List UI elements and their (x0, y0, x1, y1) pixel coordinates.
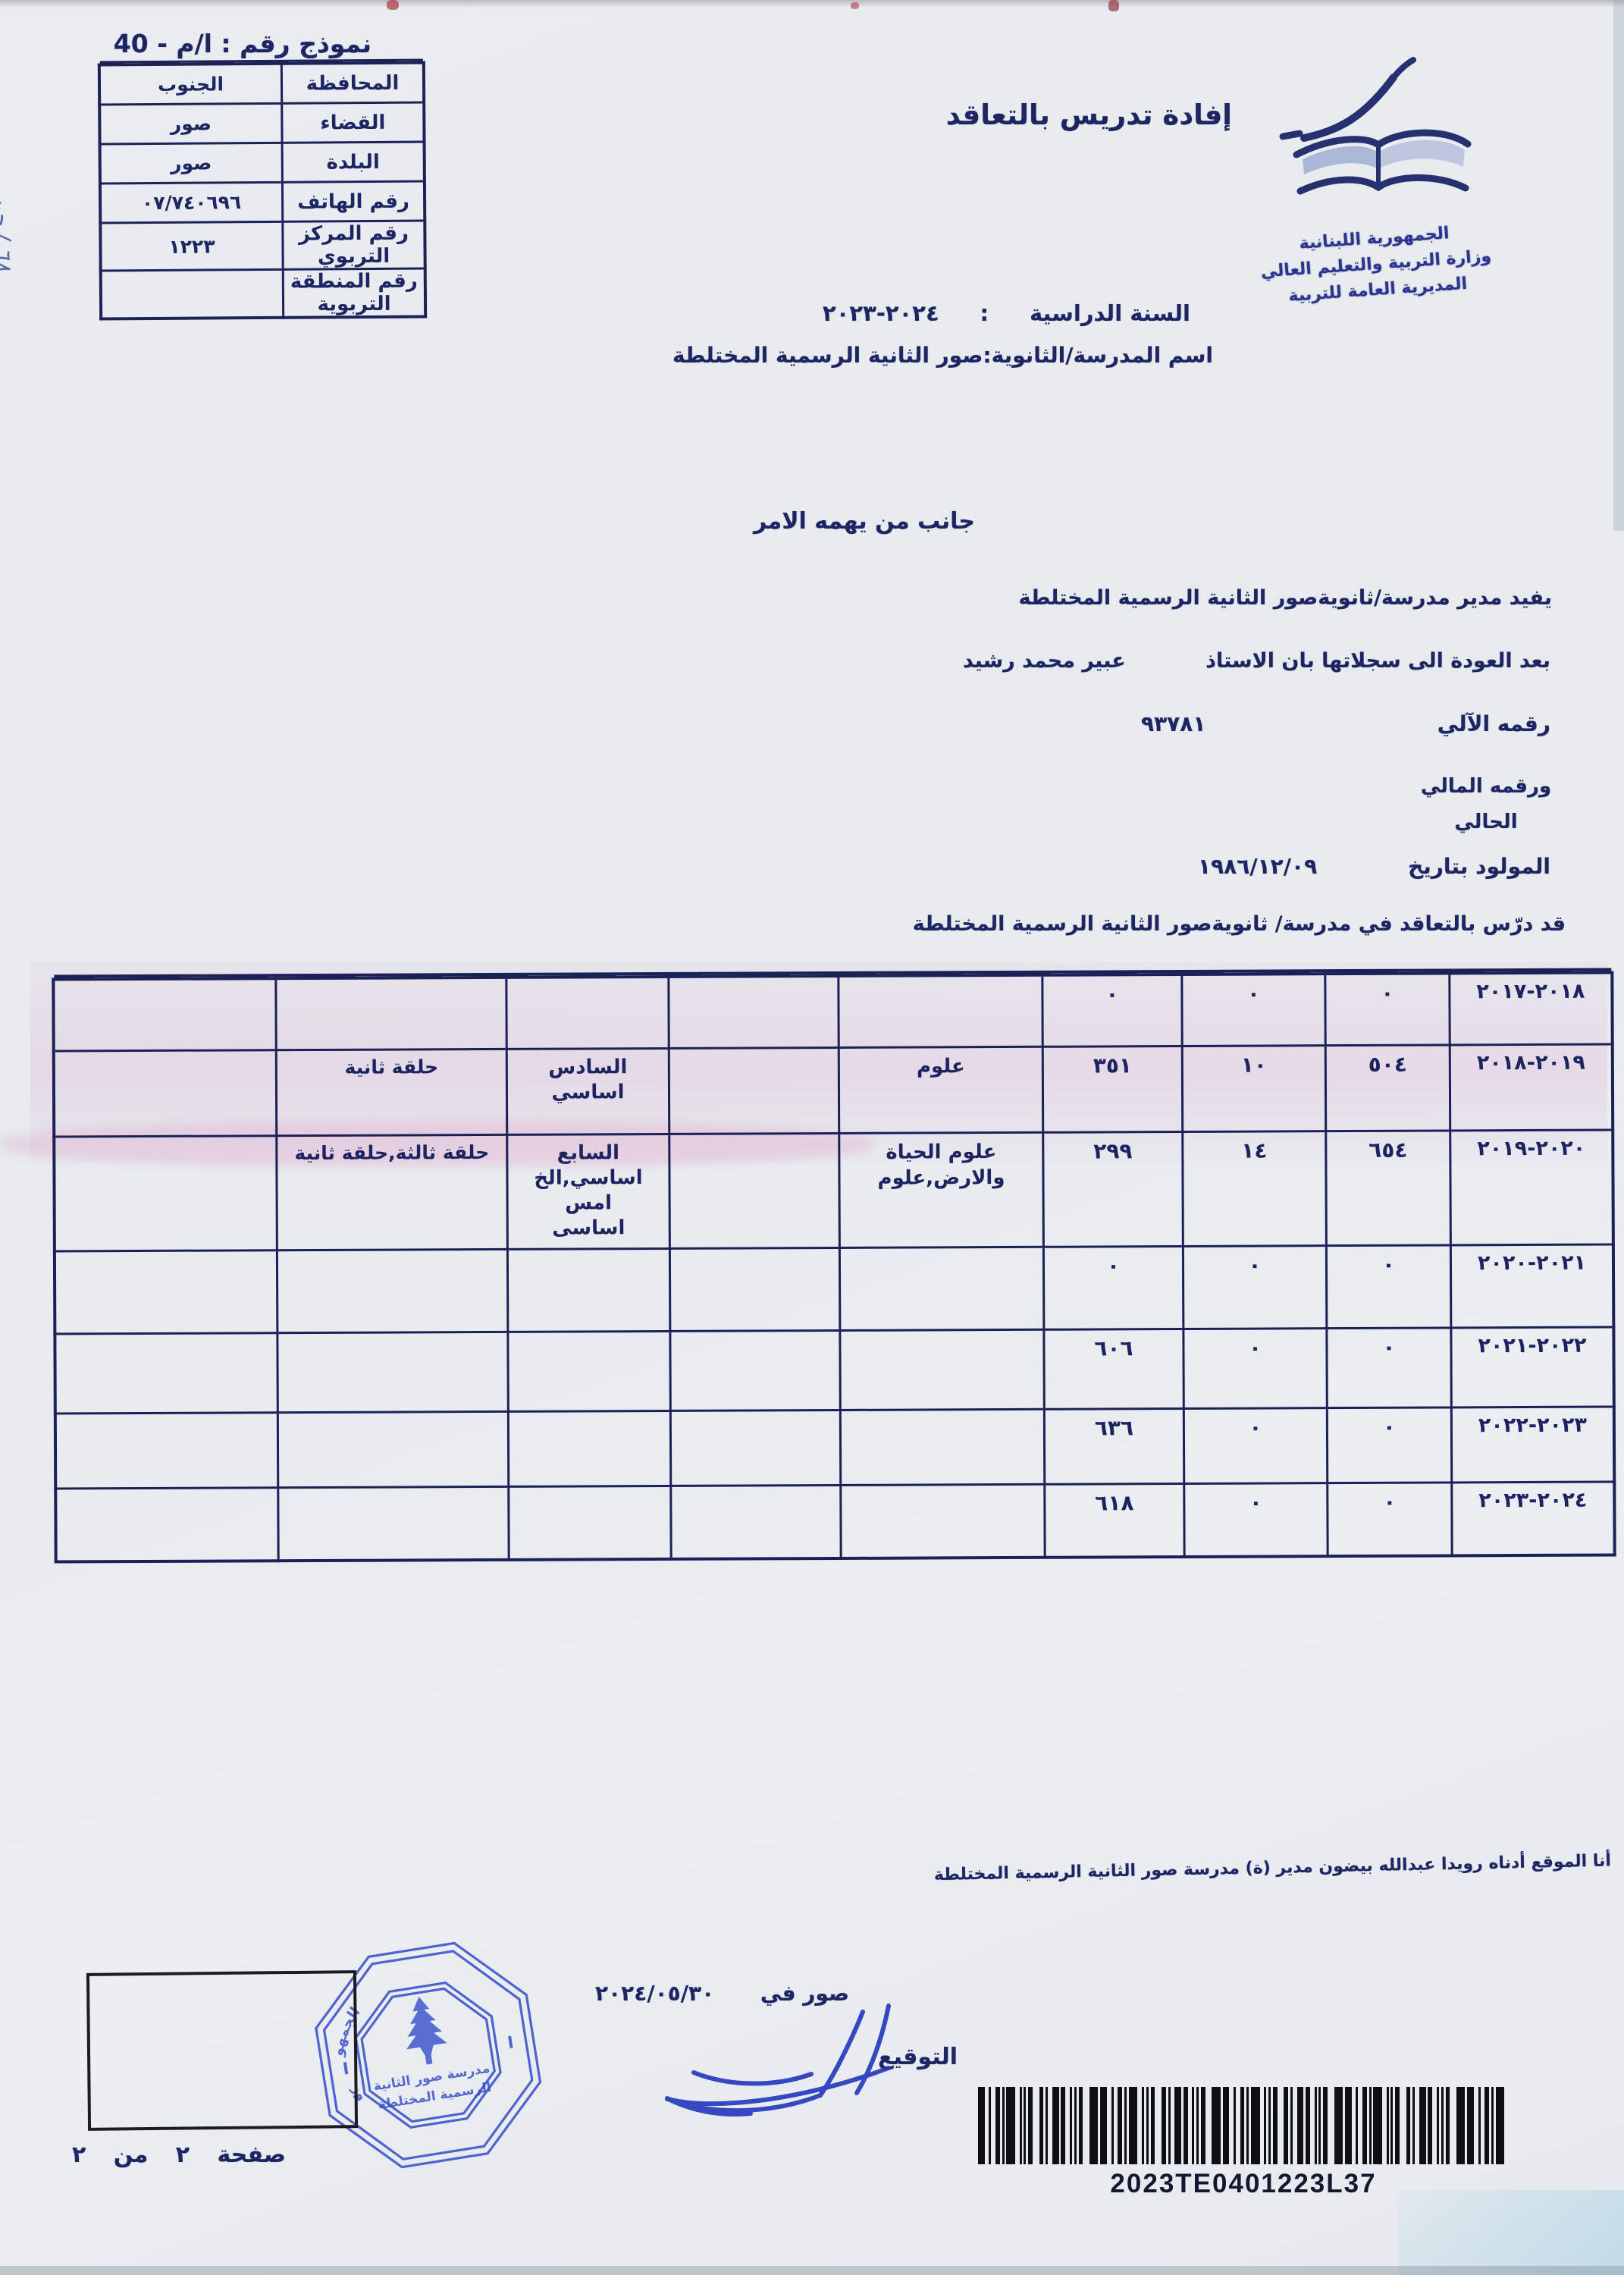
barcode-bar (1006, 2087, 1014, 2164)
teaching-cell-subject (839, 975, 1042, 1048)
barcode-bar (1162, 2087, 1166, 2164)
teaching-cell-subject: علوم (839, 1046, 1042, 1133)
barcode-bar (1124, 2087, 1127, 2164)
info-value: ١٢٢٣ (100, 221, 283, 271)
teaching-cell-cycle: حلقة ثالثة,حلقة ثانية (277, 1134, 508, 1250)
scanned-document-page: نموذج رقم : ا/م - 40 المحافظةالجنوبالقضا… (0, 0, 1624, 2275)
school-year-line: السنة الدراسية : ٢٠٢٤-٢٠٢٣ (823, 300, 1190, 326)
teaching-cell-col_b: ٠ (1183, 1246, 1326, 1329)
barcode-bar (1491, 2087, 1494, 2164)
school-name-label: اسم المدرسة/الثانوية (992, 343, 1213, 368)
school-year-label: السنة الدراسية (1030, 300, 1190, 326)
teaching-cell-year: ٢٠٢٠-٢٠١٩ (1450, 1130, 1613, 1245)
barcode-bar (1240, 2087, 1245, 2164)
financial-number-label-2: الحالي (1418, 805, 1554, 840)
barcode-bar (1268, 2087, 1271, 2164)
barcode-bar (1129, 2087, 1137, 2164)
teaching-cell-col_b: ٠ (1184, 1483, 1328, 1557)
barcode-bar (1428, 2087, 1432, 2164)
barcode-bar (1284, 2087, 1288, 2164)
taught-line: قد درّس بالتعاقد في مدرسة/ ثانوية صور ال… (1012, 912, 1566, 936)
barcode-bar (1196, 2087, 1199, 2164)
teaching-cell-col_c: ٦٠٦ (1044, 1329, 1184, 1409)
to-whom-line: جانب من يهمه الامر (728, 508, 1001, 535)
teaching-cell-left (53, 978, 276, 1051)
teaching-table-row: ٢٠٢٣-٢٠٢٢٠٠٦٣٦ (55, 1407, 1614, 1489)
teacher-name: عبير محمد رشيد (963, 649, 1126, 673)
barcode-bar (1223, 2087, 1230, 2164)
barcode-bar (1146, 2087, 1149, 2164)
teaching-cell-year: ٢٠٢٢-٢٠٢١ (1451, 1327, 1614, 1407)
info-label: البلدة (282, 142, 425, 182)
teaching-cell-year: ٢٠٢١-٢٠٢٠ (1450, 1244, 1613, 1328)
birth-date-line: المولود بتاريخ ١٩٨٦/١٢/٠٩ (1198, 854, 1550, 879)
school-name-value: صور الثانية الرسمية المختلطة (672, 343, 983, 368)
barcode-bar (1212, 2087, 1220, 2164)
teaching-cell-col_c: ٠ (1042, 974, 1182, 1046)
teaching-cell-col_c: ٢٩٩ (1043, 1131, 1184, 1247)
ministry-logo (1274, 45, 1486, 227)
teaching-cell-col_a: ٥٠٤ (1325, 1045, 1450, 1131)
barcode-bar (995, 2087, 1000, 2164)
barcode-bar (1273, 2087, 1278, 2164)
barcode-bar (1323, 2087, 1328, 2164)
barcode-bar (1318, 2087, 1321, 2164)
teaching-cell-grade: السادس اساسي (506, 1048, 669, 1134)
teaching-cell-grade (506, 977, 669, 1049)
birth-date-value: ١٩٨٦/١٢/٠٩ (1198, 854, 1317, 879)
form-number: نموذج رقم : ا/م - 40 (121, 29, 372, 58)
teaching-cell-mid (671, 1485, 841, 1558)
teaching-cell-left (54, 1136, 277, 1251)
barcode-bar (1362, 2087, 1367, 2164)
info-table: المحافظةالجنوبالقضاءصورالبلدةصوررقم الها… (98, 61, 427, 320)
teaching-cell-cycle: حلقة ثانية (276, 1049, 506, 1135)
barcode-bar (1446, 2087, 1450, 2164)
teaching-cell-col_a: ٠ (1328, 1483, 1452, 1556)
barcode-bar (1264, 2087, 1266, 2164)
info-value: صور (99, 103, 282, 144)
open-book-logo-icon (1274, 45, 1486, 224)
teaching-cell-grade (508, 1410, 670, 1486)
teaching-cell-col_b: ١٠ (1182, 1046, 1325, 1132)
barcode-bar (1111, 2087, 1114, 2164)
barcode-bar (1070, 2087, 1072, 2164)
teaching-table-row: ٢٠١٩-٢٠١٨٥٠٤١٠٣٥١علومالسادس اساسيحلقة ثا… (54, 1044, 1613, 1137)
barcode-bar (1290, 2087, 1293, 2164)
barcode-bar (1456, 2087, 1465, 2164)
teaching-cell-col_c: ٠ (1043, 1246, 1183, 1329)
teaching-cell-col_a: ٠ (1327, 1328, 1451, 1408)
teaching-cell-mid (669, 1133, 840, 1248)
info-label: رقم الهاتف (282, 181, 425, 221)
teaching-history-table: ٢٠١٨-٢٠١٧٠٠٠٢٠١٩-٢٠١٨٥٠٤١٠٣٥١علومالسادس … (52, 971, 1616, 1564)
teaching-cell-col_a: ٠ (1327, 1407, 1451, 1483)
teaching-cell-mid (669, 1247, 839, 1331)
teaching-cell-col_b: ٠ (1182, 974, 1325, 1046)
scan-artifact (1108, 0, 1119, 11)
signature-icon (622, 1983, 940, 2135)
barcode-bar (1478, 2087, 1481, 2164)
info-label: القضاء (282, 102, 425, 143)
barcode-bar (1192, 2087, 1194, 2164)
records-line: بعد العودة الى سجلاتها بان الاستاذ عبير … (963, 649, 1550, 673)
teaching-table-row: ٢٠١٨-٢٠١٧٠٠٠ (53, 973, 1612, 1051)
teaching-cell-mid (669, 1047, 839, 1134)
barcode-bar (1100, 2087, 1107, 2164)
barcode (978, 2087, 1509, 2164)
scan-artifact (387, 0, 399, 10)
info-value (101, 269, 284, 318)
barcode-bar (1441, 2087, 1444, 2164)
info-table-row: رقم المركز التربوي١٢٢٣ (100, 221, 425, 271)
barcode-bar (1390, 2087, 1393, 2164)
teaching-cell-mid (670, 1330, 840, 1410)
teaching-cell-year: ٢٠١٨-٢٠١٧ (1450, 973, 1613, 1045)
teaching-cell-cycle (276, 977, 506, 1050)
barcode-bar (1387, 2087, 1389, 2164)
barcode-bar (1046, 2087, 1048, 2164)
teaching-cell-col_b: ١٤ (1183, 1131, 1327, 1247)
teaching-cell-year: ٢٠٢٤-٢٠٢٣ (1452, 1482, 1615, 1555)
teaching-cell-cycle (278, 1486, 509, 1561)
info-value: ٠٧/٧٤٠٦٩٦ (100, 182, 283, 223)
barcode-bar (1369, 2087, 1372, 2164)
barcode-bar (1020, 2087, 1022, 2164)
info-table-row: القضاءصور (99, 102, 424, 144)
info-table-row: رقم المنطقة التربوية (101, 268, 425, 318)
scan-artifact (0, 0, 1624, 8)
barcode-bar (989, 2087, 991, 2164)
teaching-cell-left (55, 1333, 277, 1414)
teaching-cell-col_b: ٠ (1184, 1408, 1327, 1484)
info-label: رقم المنطقة التربوية (283, 268, 425, 318)
declaration-line: أنا الموقع أدناه رويدا عبدالله بيضون مدي… (997, 1852, 1611, 1884)
teaching-cell-left (55, 1413, 278, 1489)
records-label: بعد العودة الى سجلاتها بان الاستاذ (1205, 649, 1550, 673)
page-number: صفحة ٢ من ٢ (72, 2142, 286, 2168)
barcode-bar (1251, 2087, 1259, 2164)
school-name-line: اسم المدرسة/الثانوية : صور الثانية الرسم… (804, 343, 1213, 368)
barcode-bar (1052, 2087, 1059, 2164)
barcode-bar (978, 2087, 985, 2164)
barcode-bar (1024, 2087, 1026, 2164)
barcode-bar (1028, 2087, 1033, 2164)
director-line: يفيد مدير مدرسة/ثانوية صور الثانية الرسم… (1103, 586, 1552, 610)
director-signature (622, 1983, 940, 2138)
teaching-cell-col_a: ٠ (1325, 973, 1450, 1045)
teaching-cell-subject: علوم الحياة والارض,علوم (839, 1132, 1044, 1247)
financial-number-label-1: ورقمه المالي (1418, 769, 1554, 805)
barcode-bar (1142, 2087, 1144, 2164)
scan-artifact (1613, 0, 1624, 531)
teaching-table-row: ٢٠٢٢-٢٠٢١٠٠٦٠٦ (55, 1327, 1613, 1414)
school-year-value: ٢٠٢٤-٢٠٢٣ (823, 300, 939, 326)
barcode-bar (1089, 2087, 1098, 2164)
teaching-table-row: ٢٠٢١-٢٠٢٠٠٠٠ (55, 1244, 1613, 1334)
barcode-bar (1184, 2087, 1188, 2164)
empty-stamp-box (86, 1970, 358, 2131)
teaching-cell-grade (508, 1331, 670, 1411)
director-label: يفيد مدير مدرسة/ثانوية (1318, 586, 1552, 610)
barcode-bar (1484, 2087, 1489, 2164)
teaching-cell-subject (840, 1409, 1044, 1485)
barcode-bar (1079, 2087, 1083, 2164)
colon: : (983, 343, 991, 368)
barcode-bar (1467, 2087, 1474, 2164)
info-value: الجنوب (99, 64, 282, 105)
barcode-bar (1395, 2087, 1400, 2164)
teaching-cell-year: ٢٠١٩-٢٠١٨ (1450, 1044, 1613, 1131)
barcode-bar (1406, 2087, 1411, 2164)
barcode-bar (1002, 2087, 1005, 2164)
ministry-text-block: الجمهورية اللبنانية وزارة التربية والتعل… (1245, 217, 1507, 312)
info-table-row: رقم الهاتف٠٧/٧٤٠٦٩٦ (100, 181, 425, 223)
teaching-cell-col_b: ٠ (1184, 1329, 1327, 1409)
barcode-bar (1039, 2087, 1044, 2164)
info-table-row: البلدةصور (100, 142, 425, 184)
barcode-bar (1234, 2087, 1236, 2164)
barcode-bar (1297, 2087, 1304, 2164)
auto-number-value: ٩٣٧٨١ (1141, 711, 1205, 736)
teaching-cell-grade (507, 1248, 669, 1332)
barcode-bar (1151, 2087, 1155, 2164)
barcode-bar (1496, 2087, 1504, 2164)
handwritten-margin-note: ٦٨ / جن (0, 193, 17, 272)
barcode-bar (1419, 2087, 1426, 2164)
taught-label: قد درّس بالتعاقد في مدرسة/ ثانوية (1212, 912, 1566, 936)
teaching-cell-year: ٢٠٢٣-٢٠٢٢ (1451, 1407, 1614, 1483)
barcode-bar (1334, 2087, 1343, 2164)
info-table-body: المحافظةالجنوبالقضاءصورالبلدةصوررقم الها… (99, 63, 425, 319)
teaching-cell-mid (670, 1410, 840, 1486)
info-table-row: المحافظةالجنوب (99, 63, 424, 105)
teaching-table-row: ٢٠٢٠-٢٠١٩٦٥٤١٤٢٩٩علوم الحياة والارض,علوم… (54, 1130, 1613, 1251)
cedar-tree-icon (399, 1994, 450, 2067)
barcode-bar (1345, 2087, 1352, 2164)
teaching-cell-mid (669, 976, 839, 1048)
colon: : (980, 300, 989, 326)
barcode-bar (1437, 2087, 1439, 2164)
scan-artifact (1399, 2190, 1624, 2275)
barcode-bar (1118, 2087, 1122, 2164)
teaching-cell-left (55, 1250, 277, 1334)
barcode-bar (1074, 2087, 1077, 2164)
financial-number-line: ورقمه المالي الحالي (1418, 769, 1554, 840)
auto-number-label: رقمه الآلي (1437, 711, 1550, 736)
teaching-cell-cycle (277, 1249, 507, 1332)
teaching-cell-grade: السابع اساسي,الخ امس اساسى (507, 1134, 670, 1249)
teaching-cell-cycle (277, 1411, 508, 1487)
teaching-cell-col_c: ٦١٨ (1045, 1483, 1184, 1557)
barcode-bar (1306, 2087, 1310, 2164)
teaching-table-row: ٢٠٢٤-٢٠٢٣٠٠٦١٨ (55, 1482, 1614, 1561)
document-title: إفادة تدريس بالتعاقد (982, 99, 1232, 131)
barcode-bar (1061, 2087, 1065, 2164)
director-school-value: صور الثانية الرسمية المختلطة (1019, 586, 1318, 610)
barcode-bar (1201, 2087, 1205, 2164)
teaching-cell-col_c: ٦٣٦ (1044, 1408, 1184, 1484)
barcode-bar (1168, 2087, 1171, 2164)
barcode-bar (1412, 2087, 1415, 2164)
barcode-text: 2023TE0401223L37 (978, 2169, 1509, 2199)
scan-artifact (0, 2266, 1624, 2275)
scan-artifact (851, 2, 859, 9)
teaching-cell-col_a: ٠ (1326, 1245, 1450, 1329)
teaching-cell-left (54, 1050, 277, 1137)
barcode-bar (1174, 2087, 1181, 2164)
teaching-cell-cycle (277, 1332, 508, 1412)
info-value: صور (100, 143, 283, 184)
auto-number-line: رقمه الآلي ٩٣٧٨١ (1141, 711, 1550, 736)
teaching-cell-left (55, 1488, 278, 1562)
teaching-cell-col_c: ٣٥١ (1042, 1046, 1182, 1132)
barcode-bar (1373, 2087, 1381, 2164)
taught-school-value: صور الثانية الرسمية المختلطة (913, 912, 1212, 936)
teaching-cell-subject (841, 1484, 1045, 1558)
teaching-table-body: ٢٠١٨-٢٠١٧٠٠٠٢٠١٩-٢٠١٨٥٠٤١٠٣٥١علومالسادس … (53, 973, 1614, 1562)
teaching-cell-grade (509, 1486, 671, 1559)
birth-date-label: المولود بتاريخ (1408, 854, 1550, 879)
teaching-cell-subject (839, 1247, 1043, 1330)
barcode-bar (1246, 2087, 1249, 2164)
info-label: المحافظة (281, 63, 424, 104)
barcode-bar (1315, 2087, 1317, 2164)
info-label: رقم المركز التربوي (283, 221, 425, 269)
teaching-cell-col_a: ٦٥٤ (1326, 1131, 1451, 1246)
barcode-bar (1356, 2087, 1358, 2164)
teaching-cell-subject (840, 1329, 1044, 1410)
